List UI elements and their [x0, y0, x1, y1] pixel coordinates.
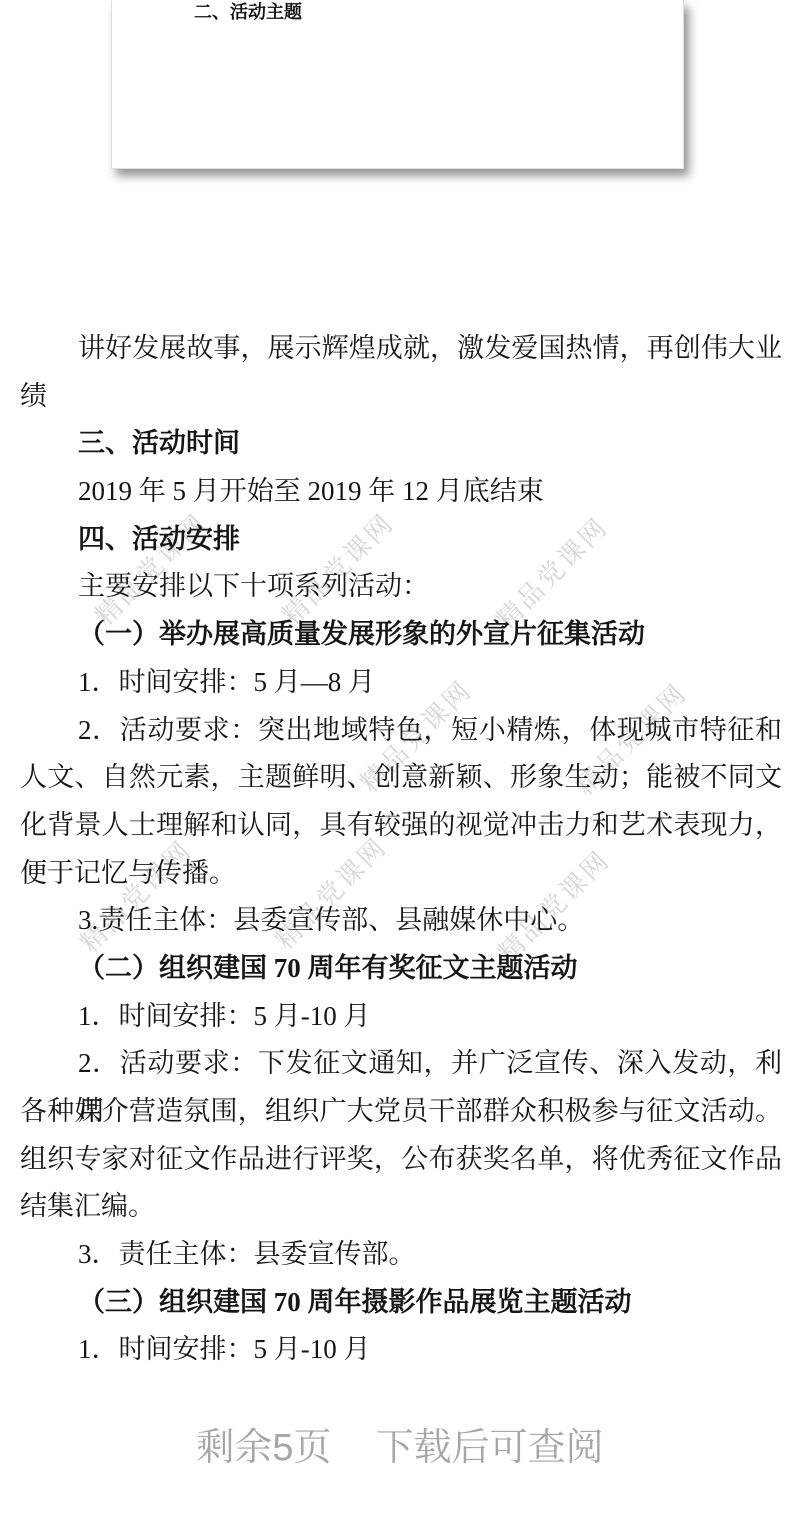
subsection-heading-2: （二）组织建国 70 周年有奖征文主题活动 — [20, 945, 782, 993]
document-body: 讲好发展故事，展示辉煌成就，激发爱国热情，再创伟大业绩三、活动时间2019 年 … — [20, 325, 782, 1374]
download-to-view-hint: 下载后可查阅 — [376, 1427, 604, 1469]
section-heading-4: 四、活动安排 — [20, 516, 782, 564]
document-line: 3．责任主体：县委宣传部。 — [20, 1231, 782, 1279]
document-line: 便于记忆与传播。 — [20, 850, 782, 898]
document-line: 1．时间安排：5 月-10 月 — [20, 1326, 782, 1374]
document-line: 各种媒介营造氛围，组织广大党员干部群众积极参与征文活动。 — [20, 1088, 782, 1136]
subsection-heading-1: （一）举办展高质量发展形象的外宣片征集活动 — [20, 611, 782, 659]
previous-page-fragment: 二、活动主题 — [111, 0, 684, 169]
document-line: 3.责任主体：县委宣传部、县融媒休中心。 — [20, 897, 782, 945]
section-heading-2: 二、活动主题 — [194, 0, 302, 24]
document-line: 化背景人士理解和认同，具有较强的视觉冲击力和艺术表现力， — [20, 802, 782, 850]
document-line: 2．活动要求：突出地域特色，短小精炼，体现城市特征和 — [20, 707, 782, 755]
document-line: 组织专家对征文作品进行评奖，公布获奖名单，将优秀征文作品 — [20, 1136, 782, 1184]
remaining-pages-count: 剩余5页 — [196, 1427, 331, 1469]
document-line: 2．活动要求：下发征文通知，并广泛宣传、深入发动，利用 — [20, 1040, 782, 1088]
remaining-pages-hint: 剩余5页下载后可查阅 — [0, 1424, 800, 1472]
document-line: 绩 — [20, 373, 782, 421]
document-line: 主要安排以下十项系列活动： — [20, 563, 782, 611]
document-line: 1．时间安排：5 月-10 月 — [20, 993, 782, 1041]
document-line: 结集汇编。 — [20, 1183, 782, 1231]
section-heading-3: 三、活动时间 — [20, 420, 782, 468]
subsection-heading-3: （三）组织建国 70 周年摄影作品展览主题活动 — [20, 1279, 782, 1327]
document-line: 人文、自然元素，主题鲜明、创意新颖、形象生动；能被不同文 — [20, 754, 782, 802]
document-line: 讲好发展故事，展示辉煌成就，激发爱国热情，再创伟大业 — [20, 325, 782, 373]
document-line: 2019 年 5 月开始至 2019 年 12 月底结束 — [20, 468, 782, 516]
document-line: 1．时间安排：5 月—8 月 — [20, 659, 782, 707]
